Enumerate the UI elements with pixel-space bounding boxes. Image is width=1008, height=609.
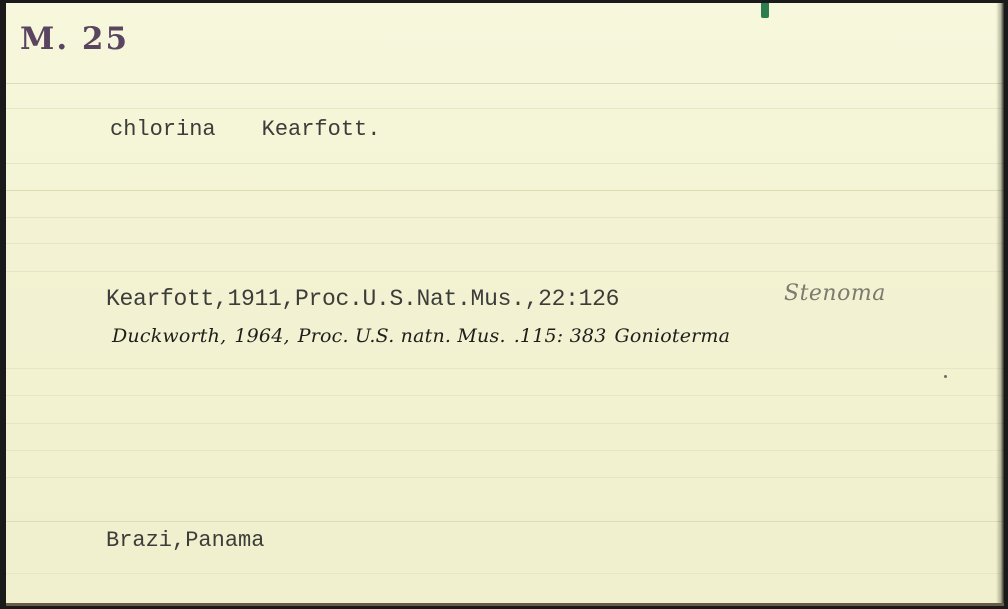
species-name-line: chlorinaKearfott.: [110, 117, 380, 142]
card-rule: [6, 190, 1004, 191]
locality: Brazi,Panama: [106, 528, 264, 553]
card-rule: [6, 521, 1004, 522]
handwritten-genus: Gonioterma: [615, 325, 731, 347]
card-rule: [6, 217, 1004, 218]
handwritten-reference: .115: 383: [514, 325, 607, 347]
handwritten-author: Duckworth,: [112, 325, 226, 347]
card-rule: [6, 163, 1004, 164]
card-rule: [6, 271, 1004, 272]
card-bottom-edge: [6, 603, 1004, 606]
card-rule: [6, 450, 1004, 451]
species-author: Kearfott.: [262, 117, 381, 142]
species-epithet: chlorina: [110, 117, 216, 142]
card-number: M. 25: [20, 21, 129, 57]
handwritten-journal: Proc. U.S. natn. Mus.: [298, 325, 506, 347]
green-tab-marker: [761, 3, 769, 18]
card-rule: [6, 108, 1004, 109]
pencil-genus-annotation: Stenoma: [784, 281, 886, 306]
typed-citation: Kearfott,1911,Proc.U.S.Nat.Mus.,22:126: [106, 286, 619, 312]
card-rule: [6, 83, 1004, 84]
card-rule: [6, 477, 1004, 478]
card-rule: [6, 423, 1004, 424]
paper-speck: [944, 375, 947, 378]
card-rule: [6, 368, 1004, 369]
index-card: M. 25 chlorinaKearfott. Kearfott,1911,Pr…: [6, 3, 1004, 606]
card-rule: [6, 395, 1004, 396]
handwritten-year: 1964,: [234, 325, 289, 347]
card-rule: [6, 243, 1004, 244]
card-rule: [6, 573, 1004, 574]
card-right-edge: [996, 3, 1004, 606]
handwritten-citation: Duckworth,1964,Proc. U.S. natn. Mus..115…: [112, 325, 730, 347]
